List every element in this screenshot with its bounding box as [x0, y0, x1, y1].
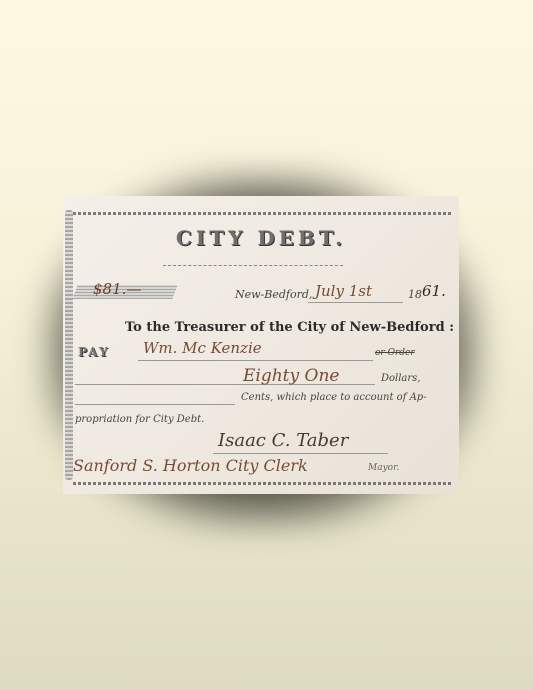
- top-ornament-line: [73, 212, 453, 215]
- clerk-signature: Sanford S. Horton City Clerk: [73, 456, 308, 475]
- dollars-label: Dollars,: [381, 373, 421, 384]
- year-prefix: 18: [408, 288, 422, 301]
- cents-text: Cents, which place to account of Ap-: [241, 392, 427, 403]
- payee-handwritten: Wm. Mc Kenzie: [143, 339, 262, 357]
- appropriation-text: propriation for City Debt.: [75, 414, 204, 425]
- year-handwritten: 61.: [422, 282, 446, 300]
- mayor-signature: Isaac C. Taber: [218, 430, 348, 451]
- addressee-line: To the Treasurer of the City of New-Bedf…: [125, 320, 454, 335]
- document-title: CITY DEBT.: [63, 226, 459, 250]
- amount-value: $81.—: [93, 280, 141, 298]
- ornamental-border: [65, 210, 73, 480]
- city-debt-document: CITY DEBT. $81.— New-Bedford, July 1st 1…: [63, 196, 459, 494]
- pay-label: PAY: [78, 345, 109, 359]
- place-label: New-Bedford,: [235, 288, 312, 301]
- mayor-signature-line: [213, 453, 388, 454]
- date-handwritten: July 1st: [315, 282, 372, 300]
- amount-words-handwritten: Eighty One: [243, 366, 339, 386]
- or-order-label: or Order: [375, 348, 415, 358]
- date-line: [308, 302, 403, 303]
- cents-line: [75, 404, 235, 405]
- mayor-label: Mayor.: [368, 463, 399, 473]
- payee-line: [138, 360, 373, 361]
- bottom-ornament-line: [73, 482, 453, 485]
- title-divider: [163, 262, 343, 266]
